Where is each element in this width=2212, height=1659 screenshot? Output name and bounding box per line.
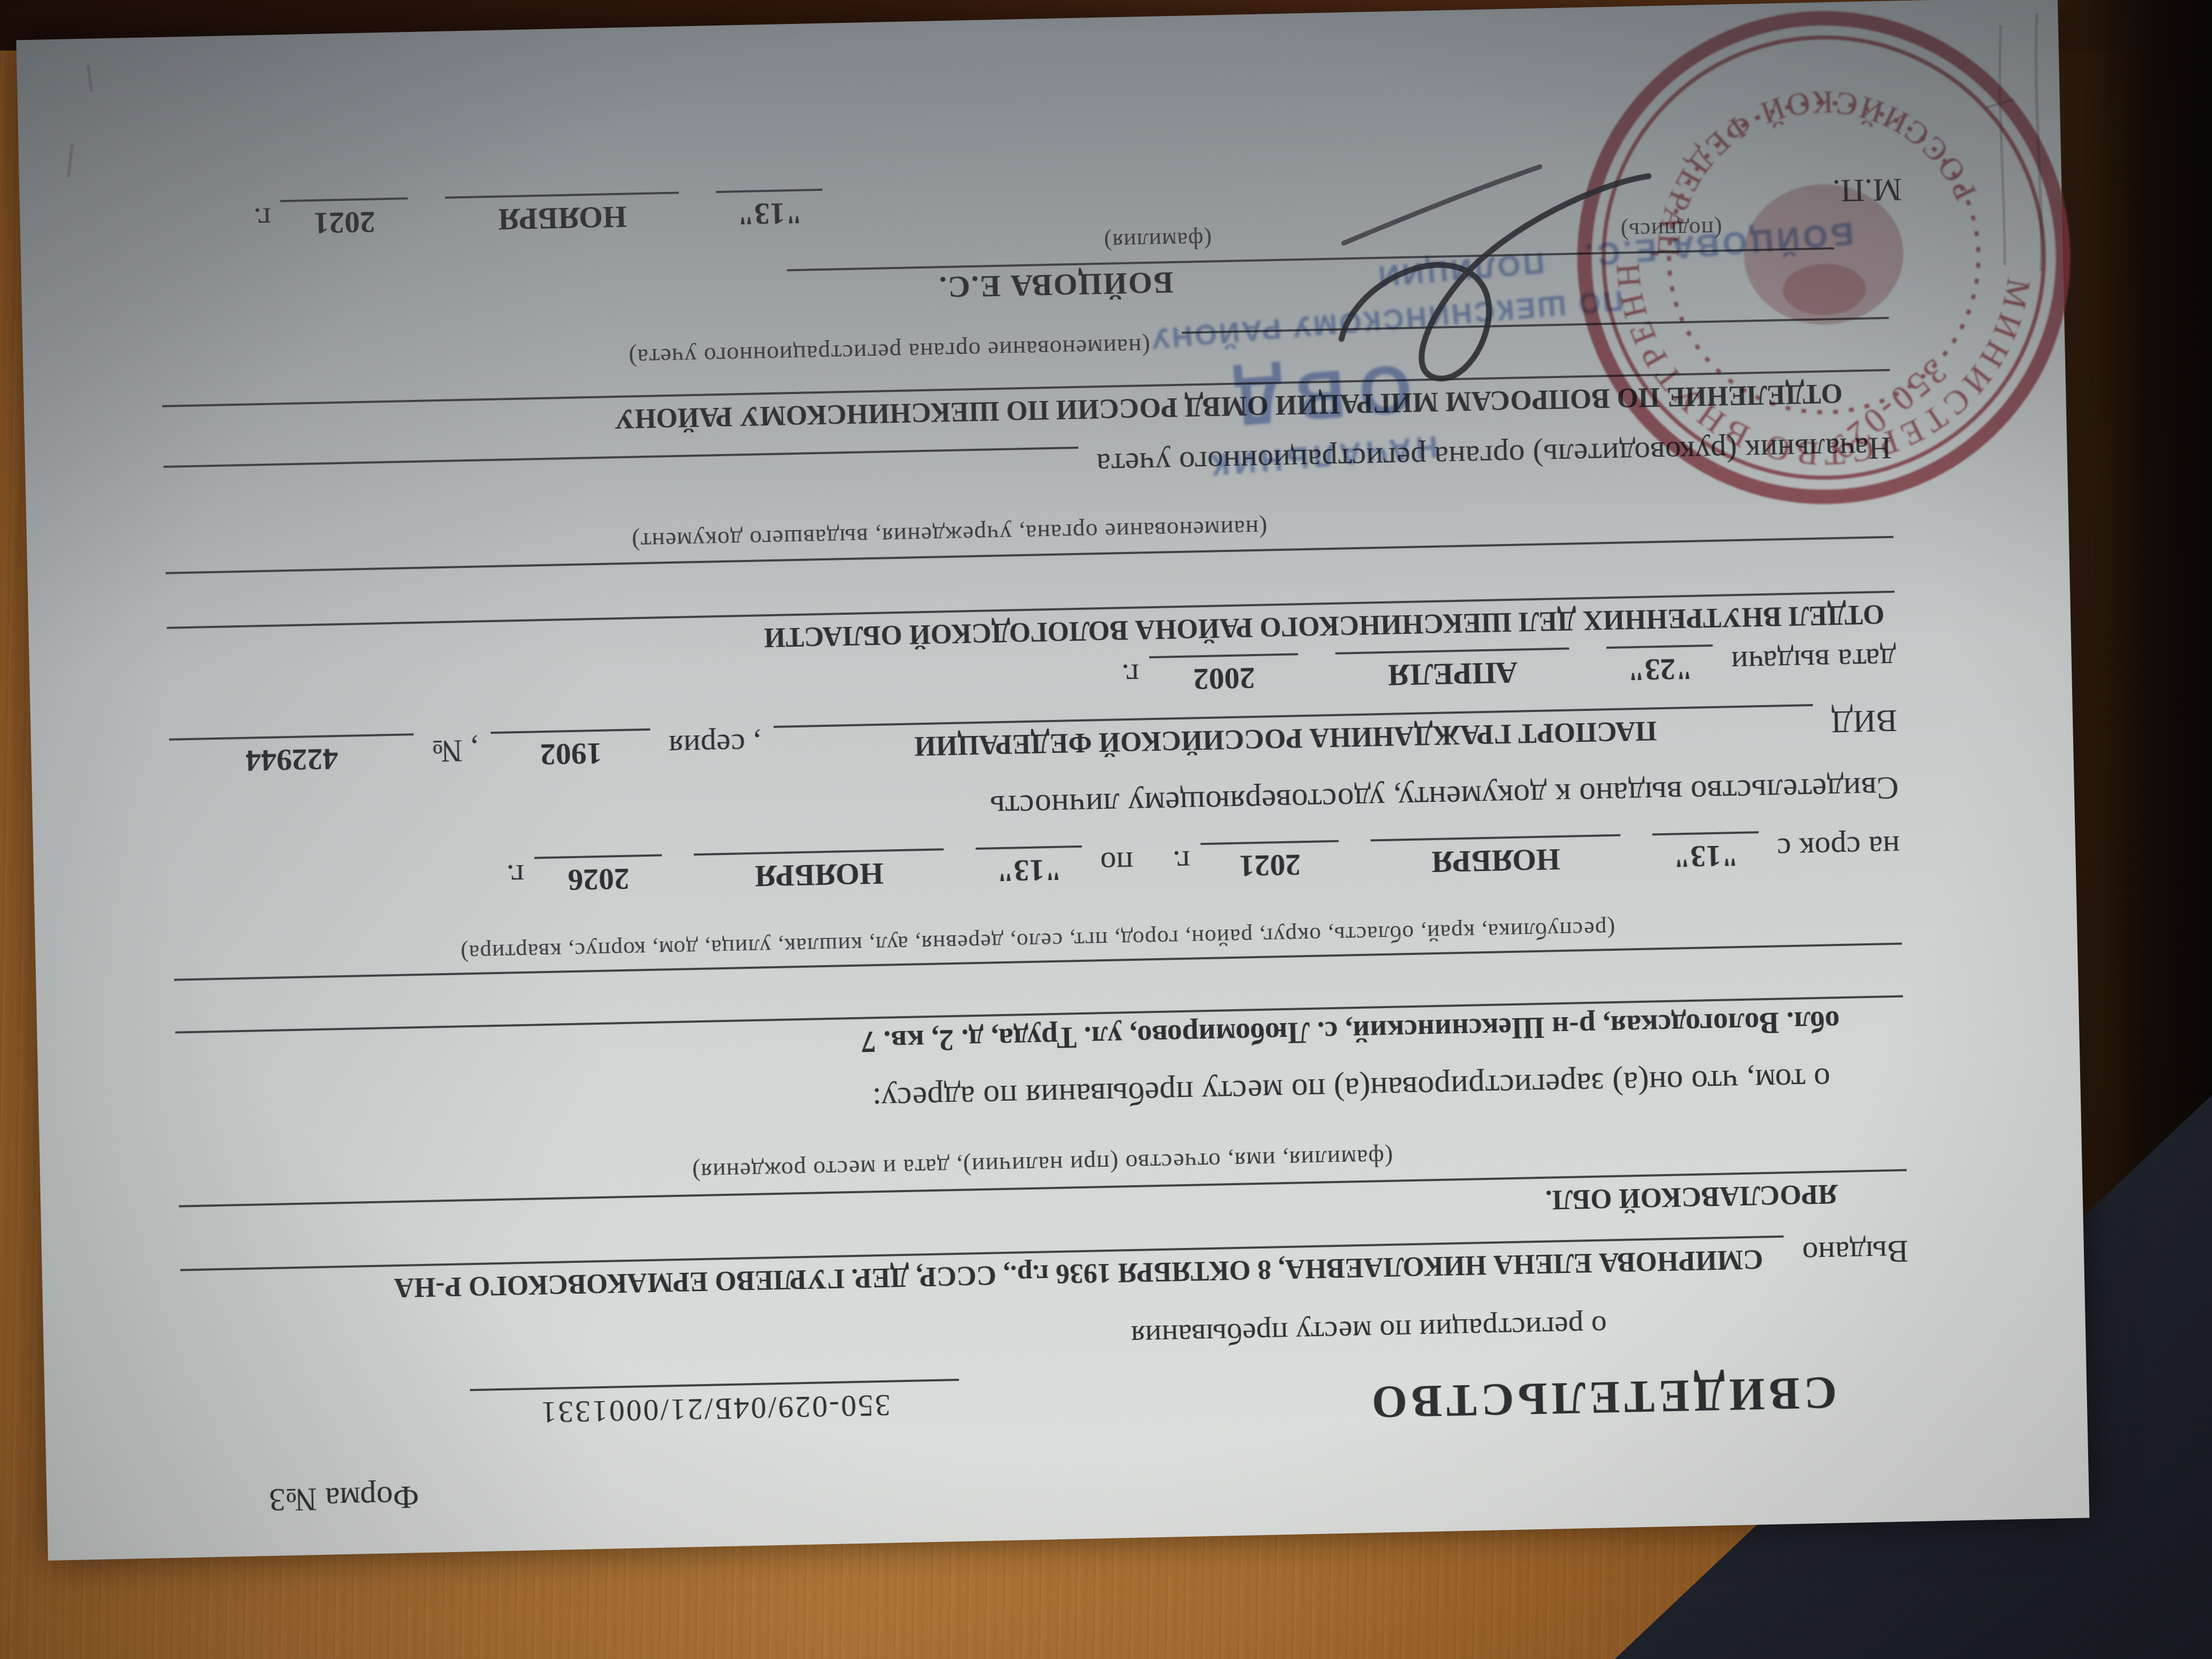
subtitle-row: о регистрации по месту пребывания [1130,1309,1607,1354]
footer-g: г. [235,200,281,238]
photo-scene: Форма №3 СВИДЕТЕЛЬСТВО 350-029/04Б/21/00… [0,0,2212,1659]
no-value: 422944 [169,733,415,781]
footer-year: 2021 [280,197,409,242]
vid-row: ВИД ПАСПОРТ ГРАЖДАНИНА РОССИЙСКОЙ ФЕДЕРА… [169,702,1898,781]
issued-label: Выдано [1784,1233,1909,1272]
chief-blank-line [163,447,1078,473]
person-name-value: СМИРНОВА ЕЛЕНА НИКОЛАЕВНА, 8 ОКТЯБРЯ 193… [180,1235,1784,1308]
certificate-document: Форма №3 СВИДЕТЕЛЬСТВО 350-029/04Б/21/00… [16,0,2089,1561]
issue-day: "23" [1606,644,1714,689]
footer-month: НОЯБРЯ [445,191,680,238]
document-line: Свидетельство выдано к документу, удосто… [990,770,1899,825]
term-to-label: по [1082,844,1155,882]
person-caption: (фамилия, имя, отчество (при наличии), д… [691,1144,1393,1186]
certificate-number: 350-029/04Б/21/0001331 [539,1388,891,1430]
issue-date-row: дата выдачи "23" АПРЕЛЯ 2002 г. [1103,641,1897,699]
vid-value: ПАСПОРТ ГРАЖДАНИНА РОССИЙСКОЙ ФЕДЕРАЦИИ [774,704,1814,765]
registered-at-label: о том, что он(а) зарегистрирован(а) по м… [872,1061,1831,1118]
issued-to-row: Выдано СМИРНОВА ЕЛЕНА НИКОЛАЕВНА, 8 ОКТЯ… [180,1233,1909,1308]
corner-pen-mark-2 [87,65,93,91]
term-from-label: на срок с [1758,828,1900,868]
term-to-g: г. [488,857,535,894]
term-from-year: 2021 [1200,840,1339,885]
handwritten-signature [1295,139,1672,413]
term-from-month: НОЯБРЯ [1370,834,1621,882]
document-subtitle: о регистрации по месту пребывания [1130,1309,1607,1354]
issue-year: 2002 [1149,653,1299,698]
address-row: обл. Вологодская, р-н Шекснинский, с. Лю… [175,995,1904,1073]
term-to-month: НОЯБРЯ [694,848,945,895]
document-line-row: Свидетельство выдано к документу, удосто… [990,769,1899,826]
term-row: на срок с "13" НОЯБРЯ 2021 г. по "13" НО… [488,828,1900,900]
issuer-caption: (наименование органа, учреждения, выдавш… [631,515,1268,555]
term-from-g: г. [1154,843,1201,881]
vid-label: ВИД [1813,702,1898,741]
form-number-row: Форма №3 [269,1478,419,1519]
footer-day: "13" [716,189,824,233]
issue-date-label: дата выдачи [1713,641,1896,681]
no-label: , № [414,732,492,770]
series-value: 1902 [491,728,651,774]
title-row: СВИДЕТЕЛЬСТВО [1367,1366,1838,1429]
address-value: обл. Вологодская, р-н Шекснинский, с. Лю… [175,995,1904,1073]
signature-stroke-tail [1342,167,1541,244]
registered-at-row: о том, что он(а) зарегистрирован(а) по м… [872,1060,1831,1118]
signature-stroke-main [1338,176,1653,381]
issue-g: г. [1103,656,1150,694]
corner-pen-mark-1 [66,143,74,177]
term-to-year: 2026 [534,854,663,899]
document-title: СВИДЕТЕЛЬСТВО [1367,1367,1838,1428]
footer-date-row: "13" НОЯБРЯ 2021 г. [235,189,823,243]
address-caption: (республика, край, область, округ, район… [460,916,1615,966]
certificate-number-field: 350-029/04Б/21/0001331 [470,1379,960,1432]
address-caption-row: (республика, край, область, округ, район… [173,910,1901,973]
term-from-day: "13" [1652,831,1759,875]
form-number-label: Форма №3 [269,1479,419,1518]
issue-month: АПРЕЛЯ [1335,648,1570,694]
term-to-day: "13" [976,845,1083,890]
series-label: , серия [650,726,774,765]
